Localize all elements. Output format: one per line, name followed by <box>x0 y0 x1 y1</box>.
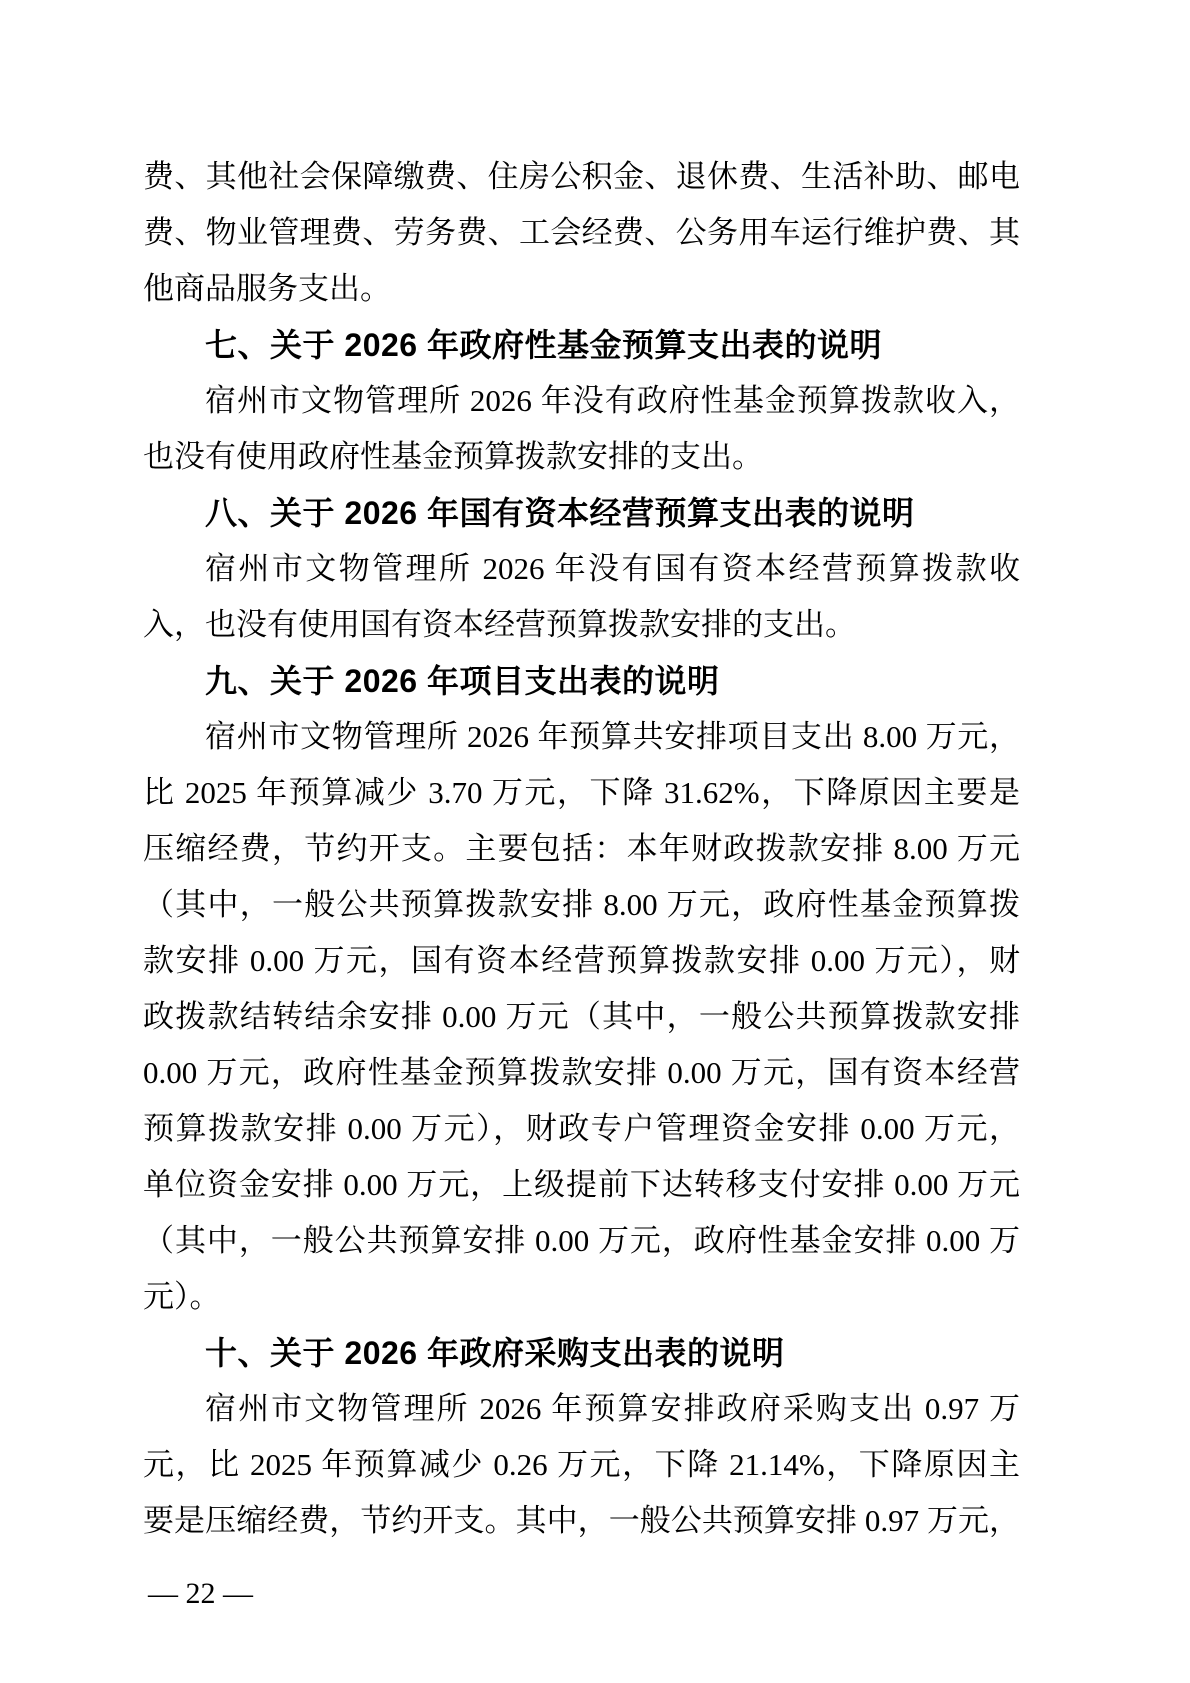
text-line: 比 2025 年预算减少 3.70 万元，下降 31.62%，下降原因主要是 <box>143 765 1020 821</box>
text-line: 费、物业管理费、劳务费、工会经费、公务用车运行维护费、其 <box>143 205 1020 261</box>
text-line: 0.00 万元，政府性基金预算拨款安排 0.00 万元，国有资本经营 <box>143 1045 1020 1101</box>
page-number: — 22 — <box>148 1566 253 1622</box>
text-line: 压缩经费，节约开支。主要包括：本年财政拨款安排 8.00 万元 <box>143 821 1020 877</box>
text-line: 单位资金安排 0.00 万元，上级提前下达转移支付安排 0.00 万元 <box>143 1157 1020 1213</box>
text-line: （其中，一般公共预算安排 0.00 万元，政府性基金安排 0.00 万 <box>143 1213 1020 1269</box>
text-line: 费、其他社会保障缴费、住房公积金、退休费、生活补助、邮电 <box>143 149 1020 205</box>
text-line: 宿州市文物管理所 2026 年预算共安排项目支出 8.00 万元， <box>143 709 1020 765</box>
text-line: 也没有使用政府性基金预算拨款安排的支出。 <box>143 429 1020 485</box>
text-line: 元，比 2025 年预算减少 0.26 万元，下降 21.14%，下降原因主 <box>143 1437 1020 1493</box>
text-line: 宿州市文物管理所 2026 年没有政府性基金预算拨款收入， <box>143 373 1020 429</box>
text-line: 宿州市文物管理所 2026 年没有国有资本经营预算拨款收 <box>143 541 1020 597</box>
text-line: 元）。 <box>143 1269 1020 1325</box>
text-line: （其中，一般公共预算拨款安排 8.00 万元，政府性基金预算拨 <box>143 877 1020 933</box>
heading-section-8: 八、关于 2026 年国有资本经营预算支出表的说明 <box>143 485 1020 541</box>
text-line: 要是压缩经费，节约开支。其中，一般公共预算安排 0.97 万元， <box>143 1493 1020 1549</box>
text-line: 宿州市文物管理所 2026 年预算安排政府采购支出 0.97 万 <box>143 1381 1020 1437</box>
heading-section-9: 九、关于 2026 年项目支出表的说明 <box>143 653 1020 709</box>
text-line: 政拨款结转结余安排 0.00 万元（其中，一般公共预算拨款安排 <box>143 989 1020 1045</box>
text-line: 预算拨款安排 0.00 万元），财政专户管理资金安排 0.00 万元， <box>143 1101 1020 1157</box>
document-page: 费、其他社会保障缴费、住房公积金、退休费、生活补助、邮电 费、物业管理费、劳务费… <box>0 0 1190 1683</box>
heading-section-10: 十、关于 2026 年政府采购支出表的说明 <box>143 1325 1020 1381</box>
heading-section-7: 七、关于 2026 年政府性基金预算支出表的说明 <box>143 317 1020 373</box>
document-body: 费、其他社会保障缴费、住房公积金、退休费、生活补助、邮电 费、物业管理费、劳务费… <box>143 149 1020 1549</box>
text-line: 他商品服务支出。 <box>143 261 1020 317</box>
text-line: 入，也没有使用国有资本经营预算拨款安排的支出。 <box>143 597 1020 653</box>
text-line: 款安排 0.00 万元，国有资本经营预算拨款安排 0.00 万元），财 <box>143 933 1020 989</box>
